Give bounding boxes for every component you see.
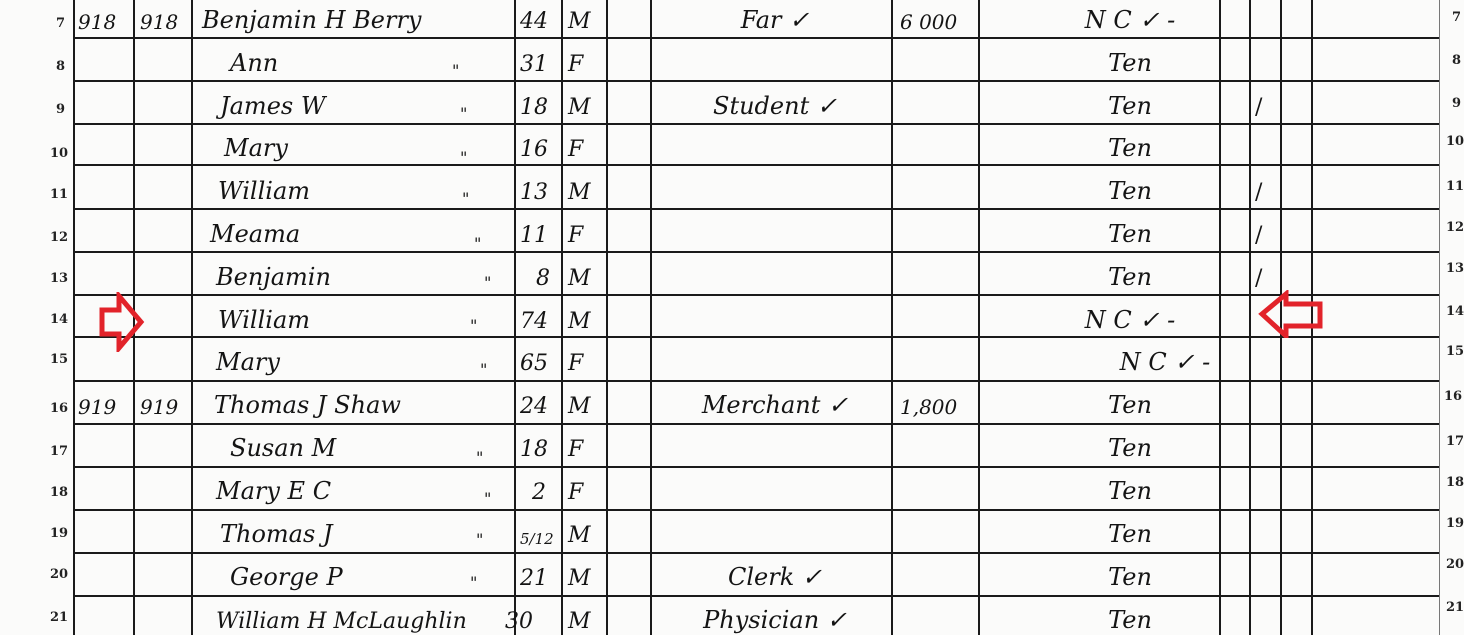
census-row: 11 William " 13 M Ten / 11 <box>0 167 1464 209</box>
line-number: 15 <box>50 352 68 367</box>
birthplace: Ten <box>1040 253 1220 295</box>
line-number: 18 <box>50 485 68 500</box>
line-number-right: 7 <box>1452 10 1461 25</box>
ditto-mark: " <box>484 489 491 508</box>
census-row: 13 Benjamin " 8 M Ten / 13 <box>0 253 1464 295</box>
birthplace: N C ✓ - <box>1040 0 1220 38</box>
sex: F <box>568 124 608 166</box>
age: 13 <box>520 167 562 209</box>
sex: F <box>568 39 608 81</box>
birthplace: Ten <box>1040 39 1220 81</box>
age: 24 <box>520 381 562 423</box>
person-name: Mary <box>202 338 512 380</box>
census-row: 20 George P " 21 M Clerk ✓ Ten 20 <box>0 553 1464 595</box>
person-name: Benjamin <box>202 253 512 295</box>
age: 44 <box>520 0 562 38</box>
sex: F <box>568 467 608 509</box>
birthplace: Ten <box>1040 553 1220 595</box>
person-name: Thomas J <box>202 510 512 552</box>
line-number-right: 20 <box>1446 557 1464 572</box>
line-number: 17 <box>50 444 68 459</box>
line-number-right: 18 <box>1446 475 1464 490</box>
age: 21 <box>520 553 562 595</box>
person-name: William H McLaughlin <box>202 596 512 635</box>
tally-mark: / <box>1255 82 1285 124</box>
census-row: 18 Mary E C " 2 F Ten 18 <box>0 467 1464 509</box>
person-name: Benjamin H Berry <box>202 0 512 38</box>
line-number: 14 <box>50 312 68 327</box>
occupation: Far ✓ <box>655 0 895 38</box>
line-number-right: 21 <box>1446 600 1464 615</box>
person-name: Mary E C <box>202 467 512 509</box>
census-row: 12 Meama " 11 F Ten / 12 <box>0 210 1464 252</box>
sex: M <box>568 167 608 209</box>
ditto-mark: " <box>476 530 483 549</box>
real-estate-value: 6 000 <box>900 0 980 38</box>
age: 8 <box>520 253 562 295</box>
line-number: 11 <box>50 187 68 202</box>
sex: M <box>568 82 608 124</box>
sex: M <box>568 596 608 635</box>
right-pointing-arrow-icon <box>99 292 145 352</box>
occupation: Clerk ✓ <box>655 553 895 595</box>
age: 31 <box>520 39 562 81</box>
person-name: Susan M <box>202 424 512 466</box>
ditto-mark: " <box>452 61 459 80</box>
birthplace: Ten <box>1040 210 1220 252</box>
ditto-mark: " <box>460 104 467 123</box>
birthplace: Ten <box>1040 596 1220 635</box>
ditto-mark: " <box>476 448 483 467</box>
line-number: 20 <box>50 567 68 582</box>
line-number-right: 9 <box>1452 96 1461 111</box>
line-number-right: 13 <box>1446 261 1464 276</box>
ditto-mark: " <box>480 360 487 379</box>
person-name: Thomas J Shaw <box>202 381 512 423</box>
line-number-right: 16 <box>1444 389 1462 404</box>
birthplace: N C ✓ - <box>1075 338 1255 380</box>
census-row: 19 Thomas J " 5/12 M Ten 19 <box>0 510 1464 552</box>
age: 5/12 <box>520 510 562 552</box>
line-number-right: 14 <box>1446 304 1464 319</box>
age: 65 <box>520 338 562 380</box>
line-number: 7 <box>56 16 65 31</box>
ditto-mark: " <box>460 148 467 167</box>
age: 16 <box>520 124 562 166</box>
line-number-right: 8 <box>1452 53 1461 68</box>
occupation: Physician ✓ <box>655 596 895 635</box>
ditto-mark: " <box>484 273 491 292</box>
sex: M <box>568 253 608 295</box>
birthplace: Ten <box>1040 124 1220 166</box>
birthplace: Ten <box>1040 424 1220 466</box>
real-estate-value: 1,800 <box>900 381 980 423</box>
age: 18 <box>520 424 562 466</box>
person-name: Meama <box>202 210 512 252</box>
sex: M <box>568 510 608 552</box>
sex: M <box>568 381 608 423</box>
line-number: 21 <box>50 610 68 625</box>
line-number: 19 <box>50 526 68 541</box>
birthplace: Ten <box>1040 167 1220 209</box>
ditto-mark: " <box>470 573 477 592</box>
line-number: 13 <box>50 271 68 286</box>
left-pointing-arrow-icon <box>1258 290 1324 338</box>
census-row highlighted-row: 14 William " 74 M N C ✓ - 14 <box>0 296 1464 338</box>
age: 2 <box>520 467 562 509</box>
sex: M <box>568 296 608 338</box>
occupation: Student ✓ <box>655 82 895 124</box>
tally-mark: / <box>1255 253 1285 295</box>
census-row: 10 Mary " 16 F Ten 10 <box>0 124 1464 166</box>
birthplace: Ten <box>1040 467 1220 509</box>
tally-mark: / <box>1255 167 1285 209</box>
age: 11 <box>520 210 562 252</box>
age: 74 <box>520 296 562 338</box>
age: 18 <box>520 82 562 124</box>
census-row: 16 919 919 Thomas J Shaw 24 M Merchant ✓… <box>0 381 1464 423</box>
tally-mark: / <box>1255 210 1285 252</box>
sex: F <box>568 210 608 252</box>
birthplace: Ten <box>1040 381 1220 423</box>
census-row: 7 918 918 Benjamin H Berry 44 M Far ✓ 6 … <box>0 0 1464 38</box>
sex: M <box>568 553 608 595</box>
birthplace: N C ✓ - <box>1040 296 1220 338</box>
person-name: George P <box>202 553 512 595</box>
occupation: Merchant ✓ <box>655 381 895 423</box>
line-number-right: 15 <box>1446 344 1464 359</box>
birthplace: Ten <box>1040 510 1220 552</box>
line-number-right: 11 <box>1446 179 1464 194</box>
sex: M <box>568 0 608 38</box>
sex: F <box>568 424 608 466</box>
dwelling-number: 919 <box>78 381 132 423</box>
ditto-mark: " <box>462 189 469 208</box>
line-number: 8 <box>56 59 65 74</box>
line-number: 9 <box>56 102 65 117</box>
census-row: 21 William H McLaughlin 30 M Physician ✓… <box>0 596 1464 635</box>
census-row: 17 Susan M " 18 F Ten 17 <box>0 424 1464 466</box>
census-row: 9 James W " 18 M Student ✓ Ten / 9 <box>0 82 1464 124</box>
age: 30 <box>505 596 547 635</box>
census-row: 15 Mary " 65 F N C ✓ - 15 <box>0 338 1464 380</box>
line-number-right: 19 <box>1446 516 1464 531</box>
birthplace: Ten <box>1040 82 1220 124</box>
person-name: William <box>202 296 512 338</box>
census-row: 8 Ann " 31 F Ten 8 <box>0 39 1464 81</box>
family-number: 918 <box>140 0 190 38</box>
line-number-right: 10 <box>1446 134 1464 149</box>
line-number: 10 <box>50 146 68 161</box>
tally-mark <box>1255 0 1285 38</box>
family-number: 919 <box>140 381 190 423</box>
census-page: 7 918 918 Benjamin H Berry 44 M Far ✓ 6 … <box>0 0 1464 635</box>
sex: F <box>568 338 608 380</box>
person-name: Ann <box>202 39 512 81</box>
dwelling-number: 918 <box>78 0 132 38</box>
ditto-mark: " <box>474 234 481 253</box>
line-number-right: 12 <box>1446 220 1464 235</box>
line-number: 12 <box>50 230 68 245</box>
ditto-mark: " <box>470 316 477 335</box>
line-number-right: 17 <box>1446 434 1464 449</box>
line-number: 16 <box>50 401 68 416</box>
